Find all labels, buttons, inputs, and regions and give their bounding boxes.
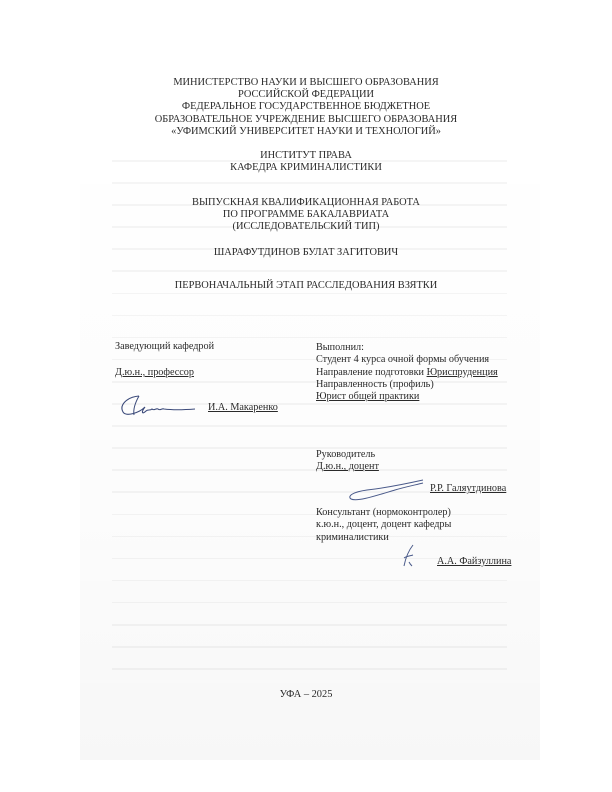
head-of-department-label: Заведующий кафедрой [115, 341, 214, 353]
work-type-line: (ИССЛЕДОВАТЕЛЬСКИЙ ТИП) [0, 221, 612, 233]
city-year: УФА – 2025 [0, 689, 612, 701]
performer-direction: Направление подготовки Юриспруденция [316, 367, 498, 379]
header-line: РОССИЙСКОЙ ФЕДЕРАЦИИ [0, 89, 612, 101]
head-of-department-name: И.А. Макаренко [208, 402, 278, 414]
consultant-block: Консультант (нормоконтролер) к.ю.н., доц… [316, 507, 451, 544]
work-type-line: ПО ПРОГРАММЕ БАКАЛАВРИАТА [0, 209, 612, 221]
performer-label: Выполнил: [316, 342, 498, 354]
ministry-header: МИНИСТЕРСТВО НАУКИ И ВЫСШЕГО ОБРАЗОВАНИЯ… [0, 77, 612, 138]
performer-course: Студент 4 курса очной формы обучения [316, 354, 498, 366]
bleed-through-lines [112, 160, 507, 690]
header-line: «УФИМСКИЙ УНИВЕРСИТЕТ НАУКИ И ТЕХНОЛОГИЙ… [0, 126, 612, 138]
work-title: ПЕРВОНАЧАЛЬНЫЙ ЭТАП РАССЛЕДОВАНИЯ ВЗЯТКИ [0, 280, 612, 292]
author-name: ШАРАФУТДИНОВ БУЛАТ ЗАГИТОВИЧ [0, 247, 612, 259]
consultant-name: А.А. Файзуллина [437, 556, 511, 568]
performer-profile-label: Направленность (профиль) [316, 379, 498, 391]
supervisor-degree: Д.ю.н., доцент [316, 461, 379, 473]
supervisor-name: Р.Р. Галяутдинова [430, 483, 506, 495]
header-line: МИНИСТЕРСТВО НАУКИ И ВЫСШЕГО ОБРАЗОВАНИЯ [0, 77, 612, 89]
performer-profile-value: Юрист общей практики [316, 391, 498, 403]
performer-block: Выполнил: Студент 4 курса очной формы об… [316, 342, 498, 403]
head-of-department-degree: Д.ю.н., профессор [115, 367, 194, 379]
work-type-line: ВЫПУСКНАЯ КВАЛИФИКАЦИОННАЯ РАБОТА [0, 197, 612, 209]
institute-name: ИНСТИТУТ ПРАВА [0, 150, 612, 162]
institute-block: ИНСТИТУТ ПРАВА КАФЕДРА КРИМИНАЛИСТИКИ [0, 150, 612, 174]
consultant-department: криминалистики [316, 532, 451, 544]
header-line: ФЕДЕРАЛЬНОЕ ГОСУДАРСТВЕННОЕ БЮДЖЕТНОЕ [0, 101, 612, 113]
direction-value: Юриспруденция [427, 367, 498, 378]
signature-galyautdinova-icon [345, 478, 425, 502]
header-line: ОБРАЗОВАТЕЛЬНОЕ УЧРЕЖДЕНИЕ ВЫСШЕГО ОБРАЗ… [0, 114, 612, 126]
supervisor-label: Руководитель [316, 449, 379, 461]
work-type-block: ВЫПУСКНАЯ КВАЛИФИКАЦИОННАЯ РАБОТА ПО ПРО… [0, 197, 612, 234]
consultant-label: Консультант (нормоконтролер) [316, 507, 451, 519]
supervisor-block: Руководитель Д.ю.н., доцент [316, 449, 379, 474]
signature-faizullina-icon [401, 544, 417, 568]
signature-makarenko-icon [117, 393, 197, 419]
direction-prefix: Направление подготовки [316, 367, 427, 378]
consultant-degree: к.ю.н., доцент, доцент кафедры [316, 519, 451, 531]
department-name: КАФЕДРА КРИМИНАЛИСТИКИ [0, 162, 612, 174]
